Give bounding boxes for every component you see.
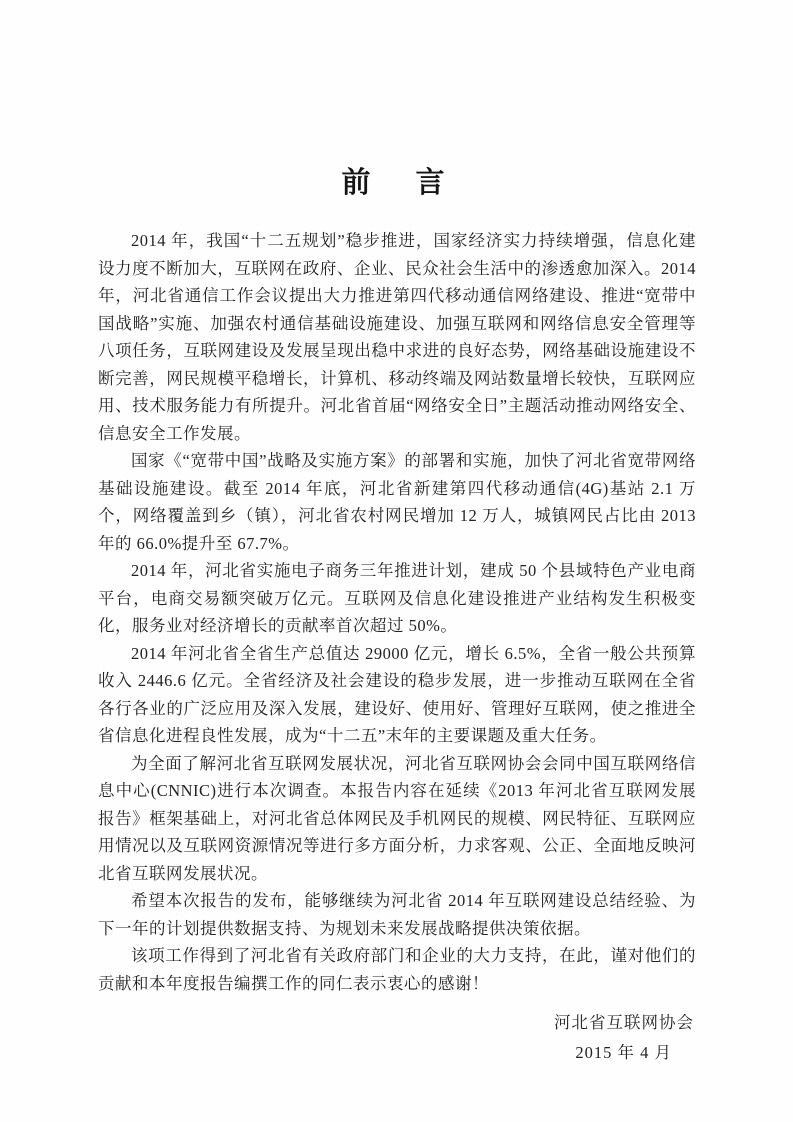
paragraph-3: 2014 年，河北省实施电子商务三年推进计划，建成 50 个县域特色产业电商平台… [98, 557, 696, 640]
paragraph-1: 2014 年，我国“十二五规划”稳步推进，国家经济实力持续增强，信息化建设力度不… [98, 227, 696, 447]
body-text: 2014 年，我国“十二五规划”稳步推进，国家经济实力持续增强，信息化建设力度不… [98, 227, 696, 997]
paragraph-5: 为全面了解河北省互联网发展状况，河北省互联网协会会同中国互联网络信息中心(CNN… [98, 750, 696, 888]
paragraph-4: 2014 年河北省全省生产总值达 29000 亿元，增长 6.5%，全省一般公共… [98, 640, 696, 750]
document-page: 前 言 2014 年，我国“十二五规划”稳步推进，国家经济实力持续增强，信息化建… [0, 0, 793, 1122]
paragraph-7: 该项工作得到了河北省有关政府部门和企业的大力支持，在此，谨对他们的贡献和本年度报… [98, 942, 696, 997]
signature-date: 2015 年 4 月 [98, 1038, 696, 1068]
page-title: 前 言 [98, 163, 696, 203]
signature-block: 河北省互联网协会 2015 年 4 月 [98, 1008, 696, 1068]
paragraph-2: 国家《“宽带中国”战略及实施方案》的部署和实施，加快了河北省宽带网络基础设施建设… [98, 447, 696, 557]
signature-organization: 河北省互联网协会 [98, 1008, 696, 1038]
paragraph-6: 希望本次报告的发布，能够继续为河北省 2014 年互联网建设总结经验、为下一年的… [98, 887, 696, 942]
page-content: 前 言 2014 年，我国“十二五规划”稳步推进，国家经济实力持续增强，信息化建… [0, 0, 793, 1068]
